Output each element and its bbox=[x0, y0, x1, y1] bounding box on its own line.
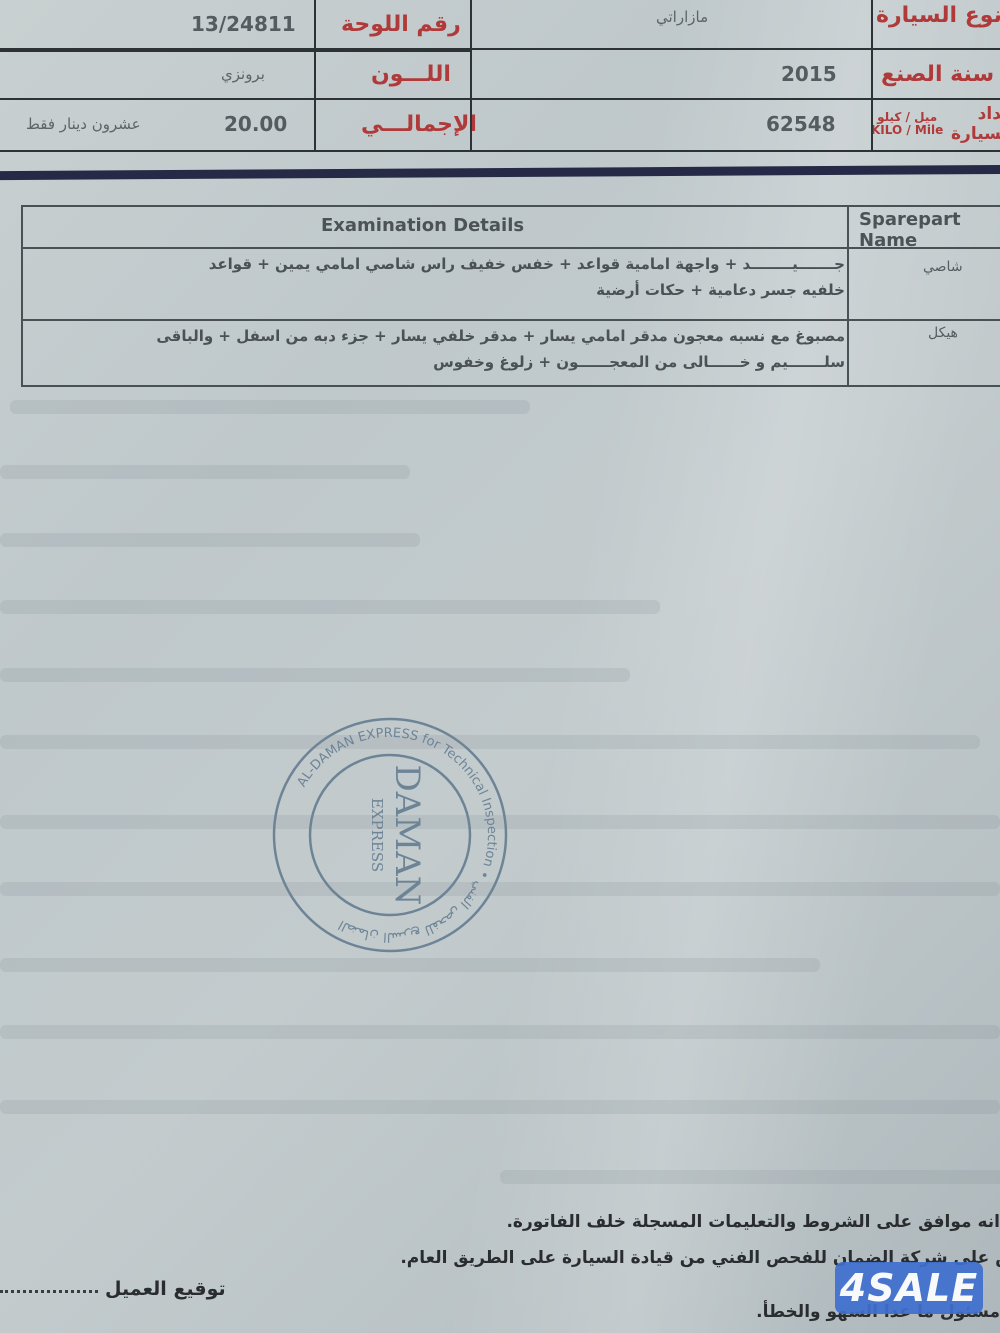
sparepart-name: شاصي bbox=[923, 259, 963, 275]
color-value-text: برونزي bbox=[221, 65, 265, 83]
exam-details-line2: خلفيه جسر دعامية + حكات أرضية bbox=[45, 279, 845, 301]
make-label-text: نوع السيارة bbox=[876, 3, 1000, 28]
vehicle-info-table: مازاراتي نوع السيارة 13/24811 رقم اللوحة… bbox=[0, 0, 1000, 153]
stamp-main-text: DAMAN bbox=[387, 765, 427, 906]
bleed-through-text bbox=[0, 1025, 1000, 1039]
total-value-text: 20.00 bbox=[224, 112, 287, 136]
bleed-through-text bbox=[500, 1170, 1000, 1184]
plate-label-text: رقم اللوحة bbox=[341, 12, 461, 37]
plate-value: 13/24811 bbox=[191, 0, 296, 50]
make-value: مازاراتي bbox=[656, 0, 708, 42]
bleed-through-text bbox=[0, 465, 410, 479]
odometer-label: عداد السيارة bbox=[951, 98, 1000, 150]
exam-details-line2: سلـــــــيم و خــــــالى من المعجــــــو… bbox=[45, 351, 845, 373]
plate-label: رقم اللوحة bbox=[341, 0, 461, 50]
column-divider bbox=[847, 207, 849, 385]
examination-header-row: Examination Details Sparepart Name bbox=[23, 207, 1000, 249]
color-label-text: اللـــون bbox=[371, 62, 451, 87]
color-value: برونزي bbox=[221, 50, 265, 98]
odometer-label-text: عداد السيارة bbox=[951, 104, 1000, 144]
make-label: نوع السيارة bbox=[876, 0, 1000, 40]
bleed-through-text bbox=[0, 1100, 1000, 1114]
company-stamp: AL-DAMAN EXPRESS for Technical Inspectio… bbox=[270, 715, 510, 955]
bleed-through-text bbox=[10, 400, 530, 414]
customer-signature-label: توقيع العميل bbox=[105, 1278, 226, 1300]
bleed-through-text bbox=[0, 668, 630, 682]
bleed-through-text bbox=[0, 600, 660, 614]
total-label: الإجمالـــي bbox=[361, 98, 477, 150]
paper-lighting bbox=[0, 0, 1000, 1333]
examination-table: Examination Details Sparepart Name جــــ… bbox=[21, 205, 1000, 387]
bleed-through-text bbox=[0, 958, 820, 972]
column-divider bbox=[314, 0, 316, 150]
year-value-text: 2015 bbox=[781, 62, 837, 86]
table-row: مصبوغ مع نسبه معجون مدقر امامي يسار + مد… bbox=[23, 321, 1000, 385]
exam-details-line1: جـــــــيــــــــد + واجهة امامية قواعد … bbox=[45, 253, 845, 275]
signature-line bbox=[0, 1290, 98, 1293]
total-words-text: عشرون دينار فقط bbox=[26, 115, 141, 133]
bleed-through-text bbox=[0, 533, 420, 547]
sparepart-name: هيكل bbox=[928, 325, 958, 341]
header-examination-details: Examination Details bbox=[321, 215, 524, 236]
stamp-sub-text: EXPRESS bbox=[368, 798, 386, 872]
color-label: اللـــون bbox=[371, 50, 451, 98]
exam-details-line1: مصبوغ مع نسبه معجون مدقر امامي يسار + مد… bbox=[45, 325, 845, 347]
total-value: 20.00 bbox=[224, 98, 287, 150]
info-row-total-odometer: عشرون دينار فقط 20.00 الإجمالـــي 62548 … bbox=[0, 98, 1000, 152]
info-row-plate: 13/24811 رقم اللوحة bbox=[0, 0, 471, 52]
plate-value-text: 13/24811 bbox=[191, 12, 296, 36]
terms-line-1: انه موافق على الشروط والتعليمات المسجلة … bbox=[440, 1212, 1000, 1232]
column-divider bbox=[470, 0, 472, 150]
4sale-watermark-logo: 4SALE bbox=[835, 1262, 983, 1314]
year-label-text: سنة الصنع bbox=[881, 62, 994, 87]
column-divider bbox=[871, 0, 873, 150]
header-sparepart-name: Sparepart Name bbox=[859, 209, 1000, 251]
total-label-text: الإجمالـــي bbox=[361, 112, 477, 137]
year-value: 2015 bbox=[781, 50, 837, 98]
odometer-unit-en: KILO / Mile bbox=[871, 124, 943, 137]
table-row: جـــــــيــــــــد + واجهة امامية قواعد … bbox=[23, 249, 1000, 321]
total-words: عشرون دينار فقط bbox=[26, 98, 141, 150]
odometer-value: 62548 bbox=[766, 98, 836, 150]
odometer-unit: ميل / كيلو KILO / Mile bbox=[871, 98, 943, 150]
info-row-color-year: برونزي اللـــون 2015 سنة الصنع bbox=[0, 50, 1000, 100]
odometer-value-text: 62548 bbox=[766, 112, 836, 136]
header-separator-band bbox=[0, 165, 1000, 180]
make-value-text: مازاراتي bbox=[656, 8, 708, 26]
year-label: سنة الصنع bbox=[881, 50, 994, 98]
